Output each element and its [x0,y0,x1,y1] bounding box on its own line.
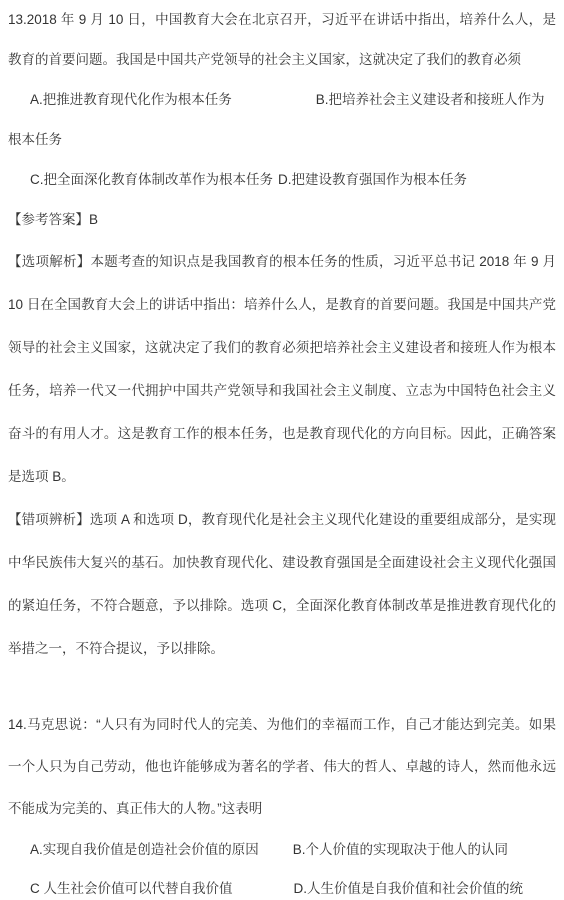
question-13-options-row-ab: A.把推进教育现代化作为根本任务B.把培养社会主义建设者和接班人作为根本任务 [8,80,556,160]
document-page: 13.2018 年 9 月 10 日，中国教育大会在北京召开，习近平在讲话中指出… [0,0,564,900]
question-14-stem: 14.马克思说：“人只有为同时代人的完美、为他们的幸福而工作，自己才能达到完美。… [8,704,556,830]
question-14-options-row-cd: C 人生社会价值可以代替自我价值D.人生价值是自我价值和社会价值的统 [8,870,556,900]
question-13-reference-answer: 【参考答案】B [8,200,556,240]
question-14-option-b: B.个人价值的实现取决于他人的认同 [293,842,508,857]
question-13-option-d: D.把建设教育强国作为根本任务 [278,172,467,187]
question-13-wrong-option-analysis: 【错项辨析】选项 A 和选项 D，教育现代化是社会主义现代化建设的重要组成部分，… [8,498,556,670]
question-13-option-c: C.把全面深化教育体制改革作为根本任务 [30,172,273,187]
question-13-stem: 13.2018 年 9 月 10 日，中国教育大会在北京召开，习近平在讲话中指出… [8,0,556,80]
paragraph-gap [8,670,556,704]
question-14-option-d: D.人生价值是自我价值和社会价值的统 [294,881,524,896]
question-13-option-a: A.把推进教育现代化作为根本任务 [30,92,232,107]
question-14-block: 14.马克思说：“人只有为同时代人的完美、为他们的幸福而工作，自己才能达到完美。… [8,704,556,900]
question-13-option-analysis: 【选项解析】本题考查的知识点是我国教育的根本任务的性质，习近平总书记 2018 … [8,240,556,498]
question-14-option-c: C 人生社会价值可以代替自我价值 [30,881,233,896]
question-14-option-a: A.实现自我价值是创造社会价值的原因 [30,842,259,857]
question-13-block: 13.2018 年 9 月 10 日，中国教育大会在北京召开，习近平在讲话中指出… [8,0,556,670]
question-14-options-row-ab: A.实现自我价值是创造社会价值的原因B.个人价值的实现取决于他人的认同 [8,830,556,870]
question-13-options-row-cd: C.把全面深化教育体制改革作为根本任务D.把建设教育强国作为根本任务 [8,160,556,200]
